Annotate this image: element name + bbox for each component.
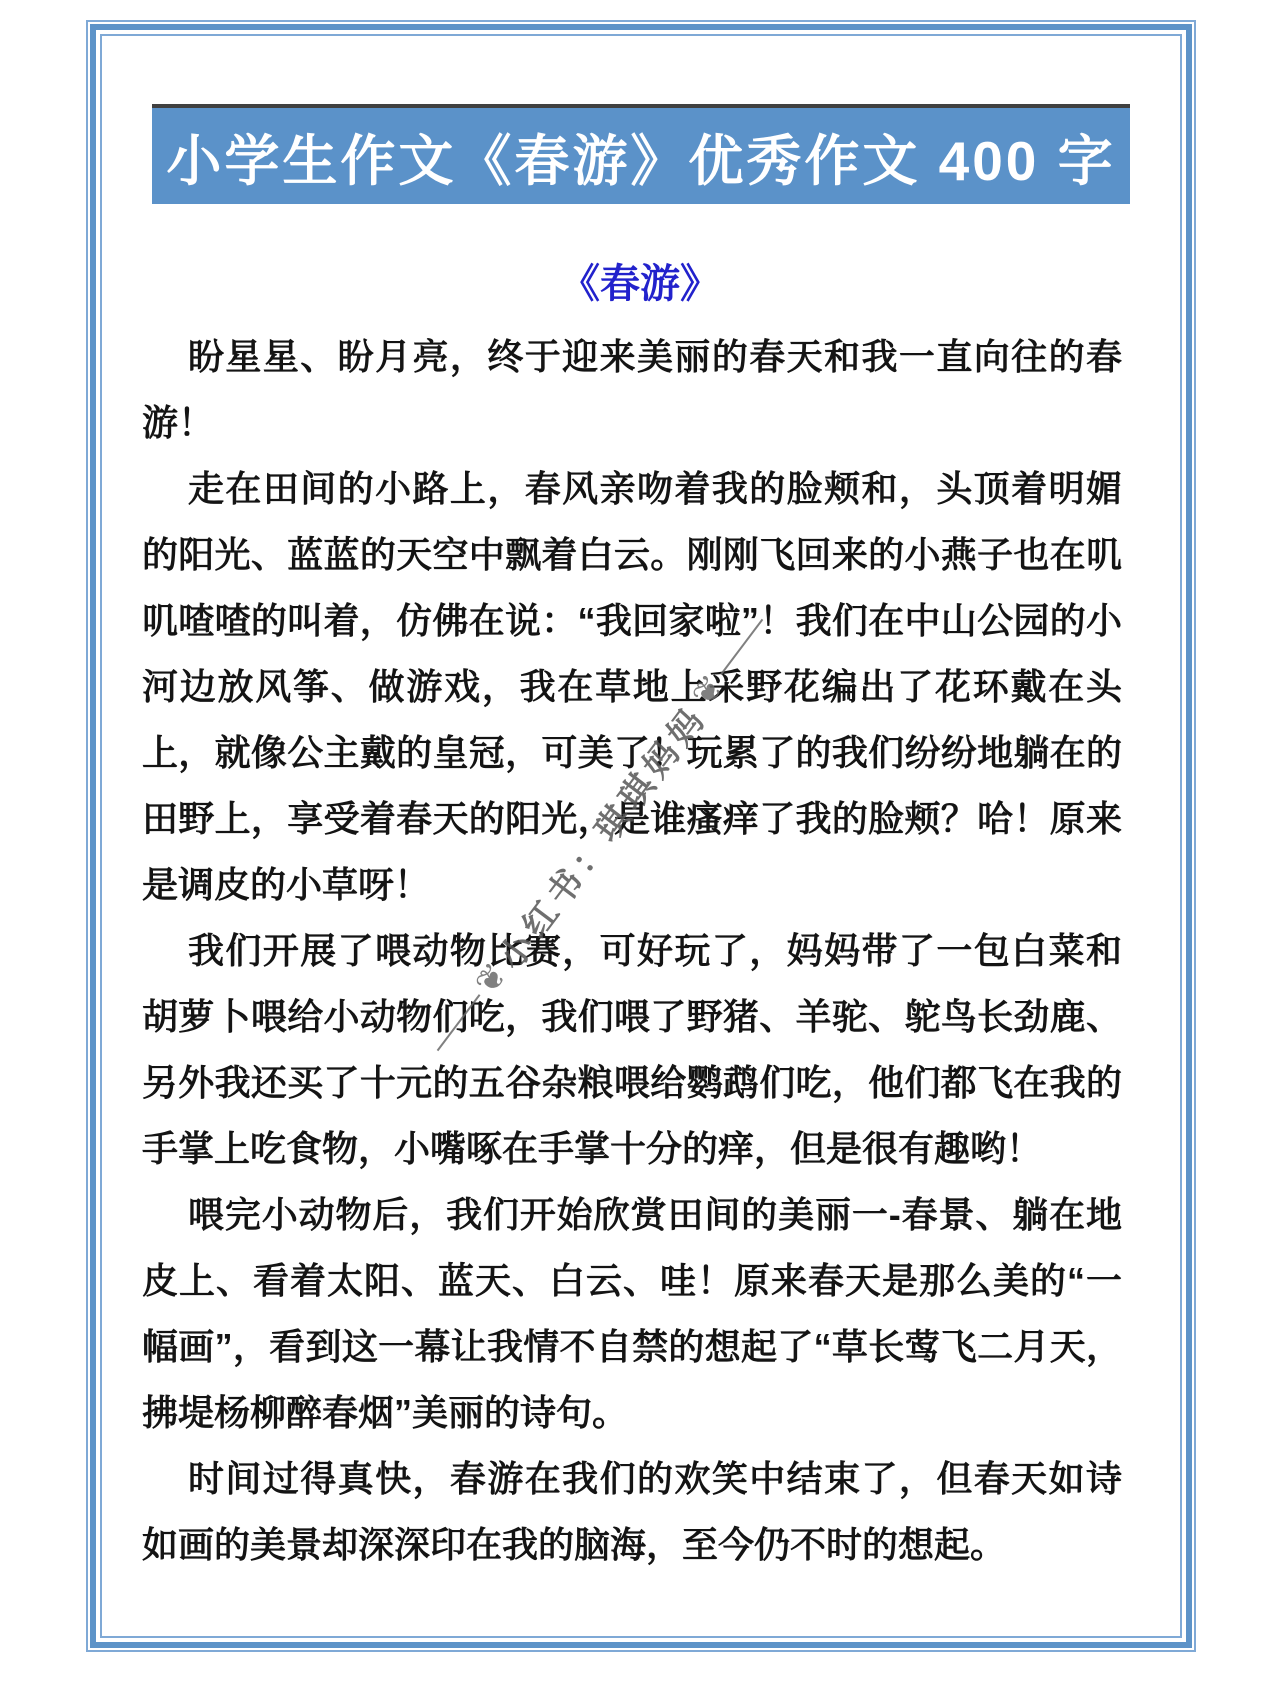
essay-title: 《春游》 <box>0 252 1280 309</box>
essay-paragraph: 喂完小动物后，我们开始欣赏田间的美丽一-春景、躺在地皮上、看着太阳、蓝天、白云、… <box>142 1182 1122 1446</box>
essay-body: 盼星星、盼月亮，终于迎来美丽的春天和我一直向往的春游！走在田间的小路上，春风亲吻… <box>142 324 1122 1578</box>
header-banner: 小学生作文《春游》优秀作文 400 字 <box>152 104 1130 204</box>
essay-paragraph: 我们开展了喂动物比赛，可好玩了，妈妈带了一包白菜和胡萝卜喂给小动物们吃，我们喂了… <box>142 918 1122 1182</box>
essay-paragraph: 时间过得真快，春游在我们的欢笑中结束了，但春天如诗如画的美景却深深印在我的脑海，… <box>142 1446 1122 1578</box>
header-banner-title: 小学生作文《春游》优秀作文 400 字 <box>166 117 1115 196</box>
essay-paragraph: 走在田间的小路上，春风亲吻着我的脸颊和，头顶着明媚的阳光、蓝蓝的天空中飘着白云。… <box>142 456 1122 918</box>
essay-paragraph: 盼星星、盼月亮，终于迎来美丽的春天和我一直向往的春游！ <box>142 324 1122 456</box>
